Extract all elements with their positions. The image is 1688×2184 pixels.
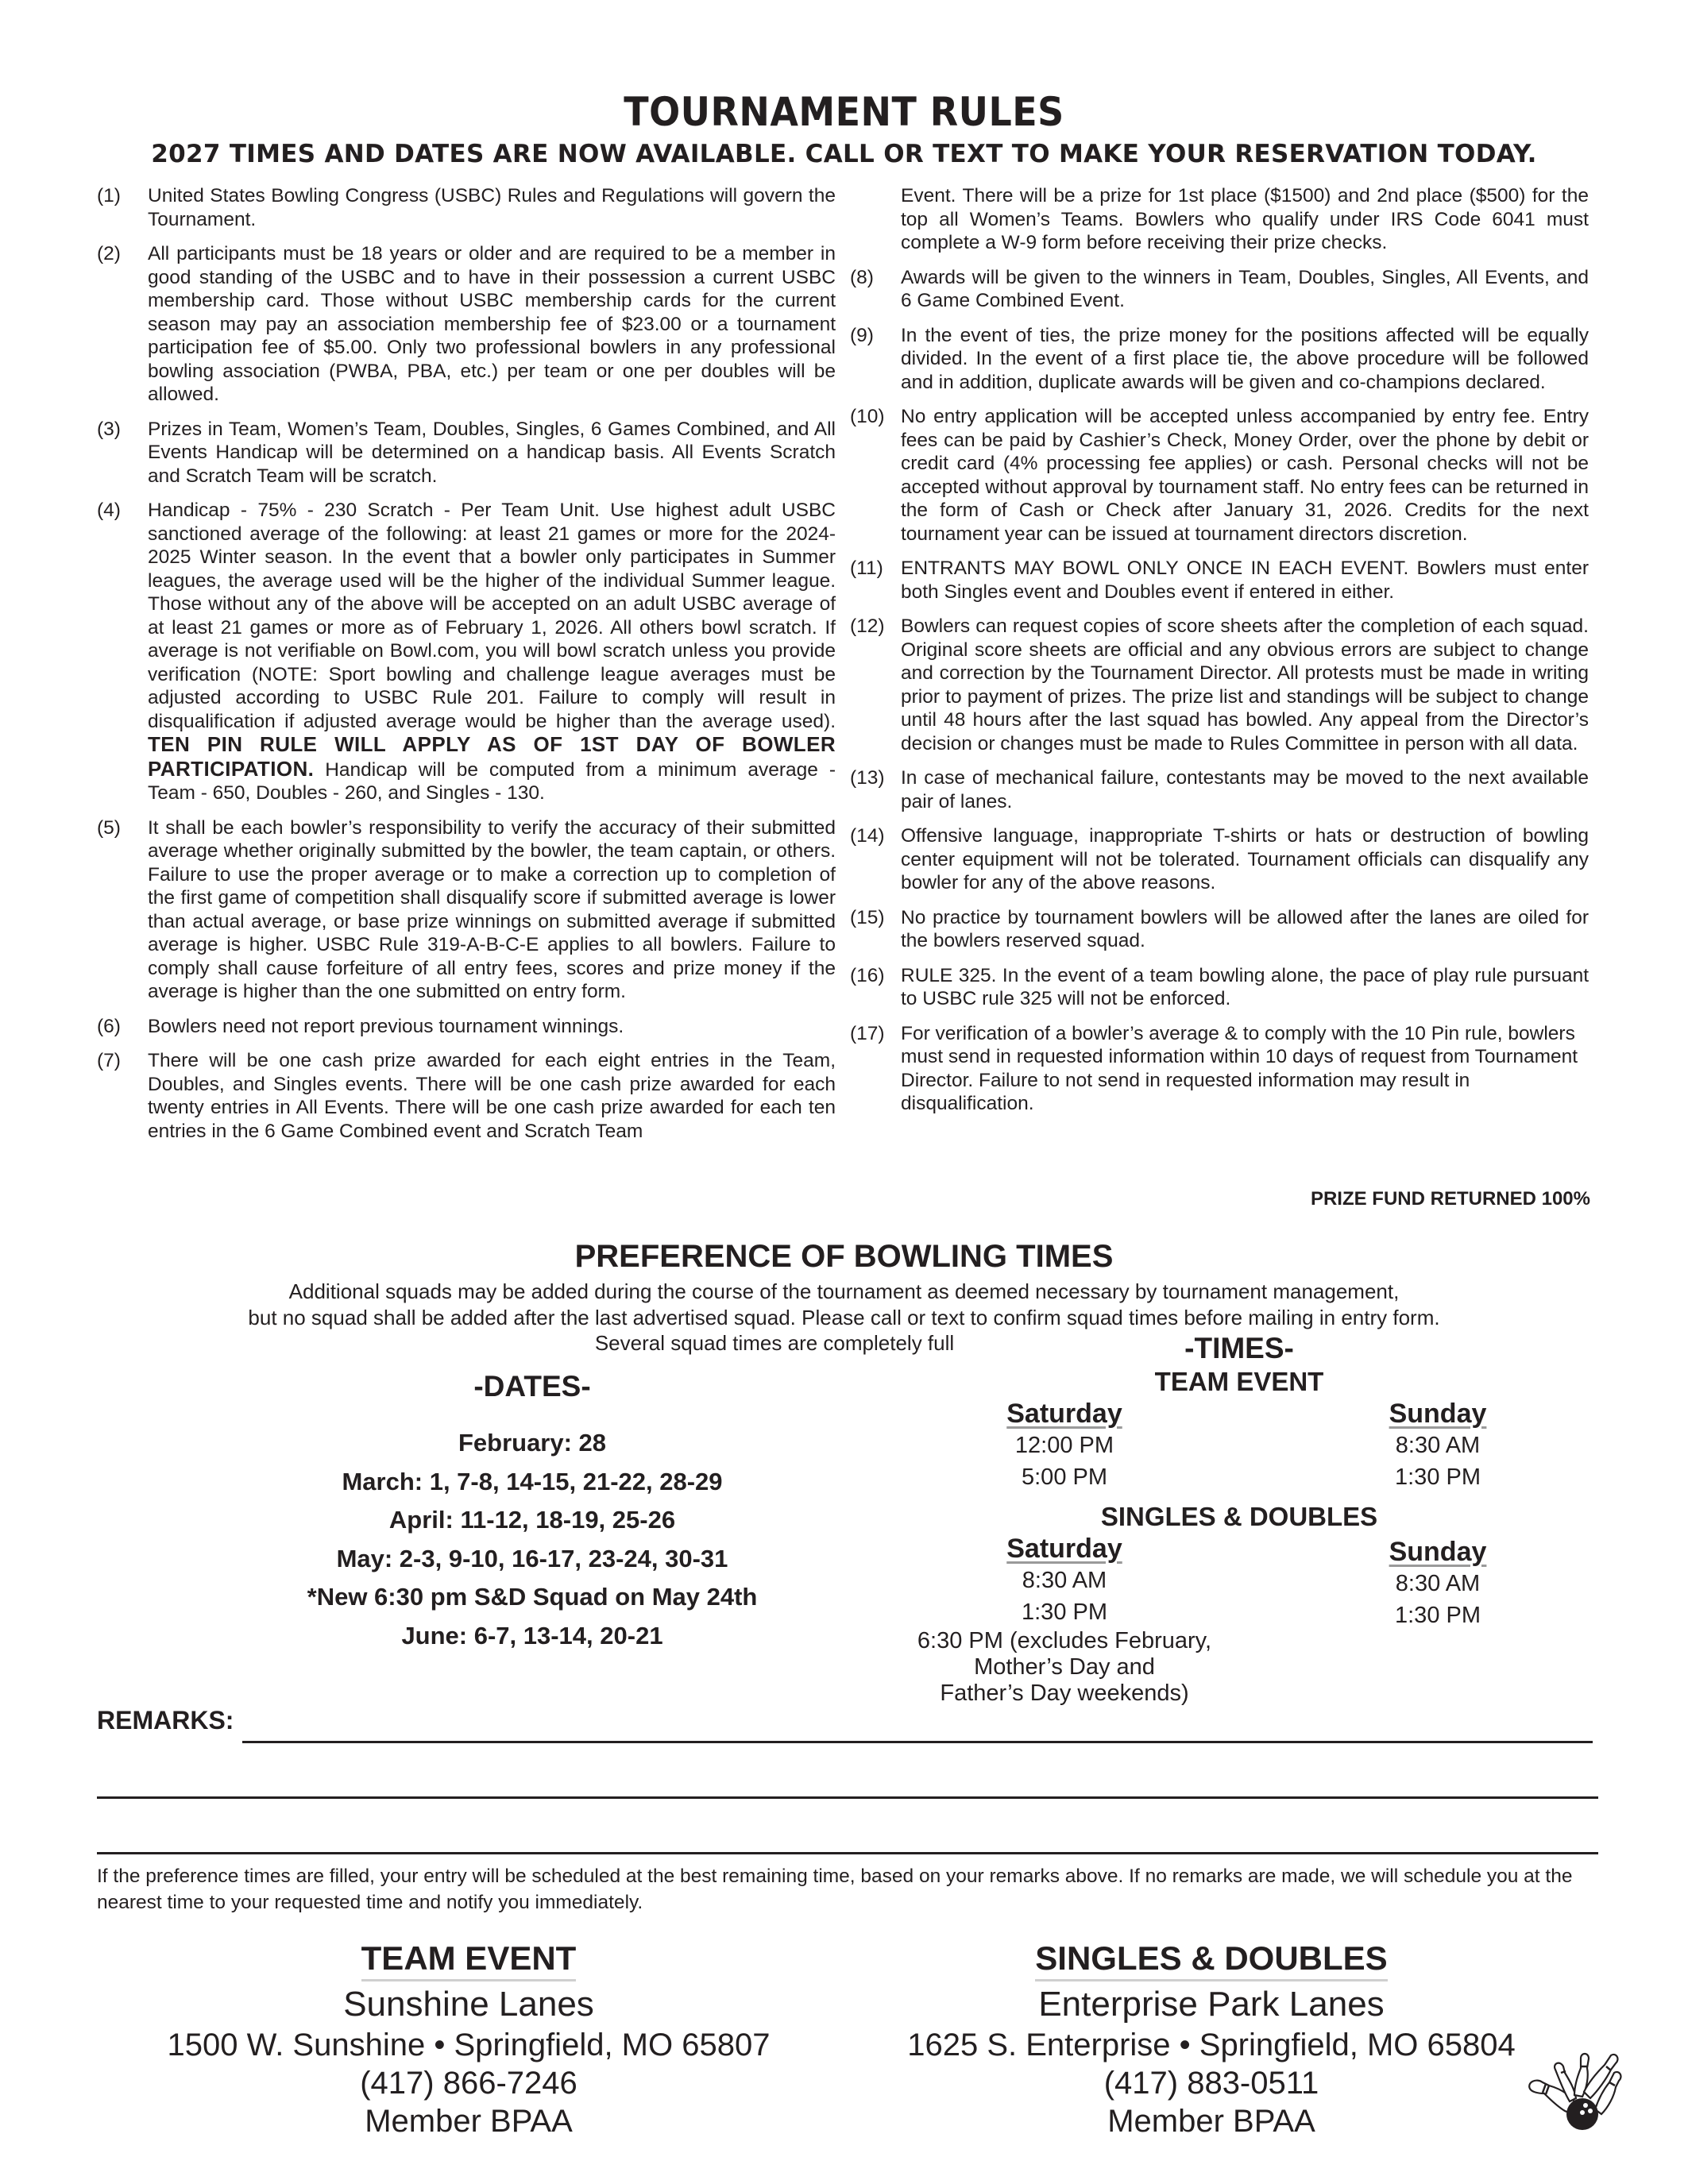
- rule-number: (9): [850, 324, 901, 395]
- rule-number: (15): [850, 906, 901, 953]
- singles-doubles-times: Saturday 8:30 AM 1:30 PM 6:30 PM (exclud…: [914, 1533, 1549, 1715]
- rule-item: (7) There will be one cash prize awarded…: [97, 1049, 836, 1143]
- date-row: May: 2-3, 9-10, 16-17, 23-24, 30-31: [183, 1540, 882, 1579]
- dates-heading: -DATES-: [183, 1370, 882, 1403]
- team-event-times: Saturday 12:00 PM 5:00 PM Sunday 8:30 AM…: [914, 1398, 1549, 1491]
- venue-address: 1500 W. Sunshine • Springfield, MO 65807: [119, 2026, 818, 2064]
- day-label: Sunday: [1358, 1536, 1517, 1568]
- time-slot: 12:00 PM: [945, 1430, 1184, 1461]
- sd-saturday: Saturday 8:30 AM 1:30 PM 6:30 PM (exclud…: [882, 1533, 1247, 1707]
- venue-team-event: TEAM EVENT Sunshine Lanes 1500 W. Sunshi…: [119, 1938, 818, 2140]
- rule-number: (11): [850, 557, 901, 604]
- rule-number: (14): [850, 824, 901, 895]
- venue-membership: Member BPAA: [850, 2102, 1573, 2140]
- day-label: Saturday: [945, 1398, 1184, 1430]
- rule-item: (9) In the event of ties, the prize mone…: [850, 324, 1589, 395]
- rule-item: (8) Awards will be given to the winners …: [850, 266, 1589, 313]
- rule-item: (16) RULE 325. In the event of a team bo…: [850, 964, 1589, 1011]
- team-saturday: Saturday 12:00 PM 5:00 PM: [945, 1398, 1184, 1493]
- rule-number: (5): [97, 816, 148, 1004]
- rules-column-right: Event. There will be a prize for 1st pla…: [850, 184, 1589, 1127]
- date-row: February: 28: [183, 1424, 882, 1463]
- preference-desc-line: Additional squads may be added during th…: [0, 1279, 1688, 1305]
- singles-doubles-heading: SINGLES & DOUBLES: [914, 1501, 1549, 1533]
- time-slot-note: Mother’s Day and: [882, 1654, 1247, 1680]
- day-label: Sunday: [1358, 1398, 1517, 1430]
- rule-text: All participants must be 18 years or old…: [148, 242, 836, 407]
- rule-number: (7): [97, 1049, 148, 1143]
- venue-name: Sunshine Lanes: [119, 1983, 818, 2026]
- rule-text: Bowlers need not report previous tournam…: [148, 1015, 836, 1039]
- time-slot-note: 6:30 PM (excludes February,: [882, 1628, 1247, 1654]
- preference-title: PREFERENCE OF BOWLING TIMES: [0, 1239, 1688, 1275]
- rule-item: (3) Prizes in Team, Women’s Team, Double…: [97, 418, 836, 488]
- time-slot: 8:30 AM: [882, 1565, 1247, 1596]
- date-row: April: 11-12, 18-19, 25-26: [183, 1501, 882, 1540]
- rule-continuation: Event. There will be a prize for 1st pla…: [850, 184, 1589, 255]
- rule-text: Prizes in Team, Women’s Team, Doubles, S…: [148, 418, 836, 488]
- rule-number: (6): [97, 1015, 148, 1039]
- rule-number: (17): [850, 1022, 901, 1116]
- venue-singles-doubles: SINGLES & DOUBLES Enterprise Park Lanes …: [850, 1938, 1573, 2140]
- remarks-input-line-1[interactable]: [242, 1741, 1593, 1743]
- rule-text: There will be one cash prize awarded for…: [148, 1049, 836, 1143]
- date-row: March: 1, 7-8, 14-15, 21-22, 28-29: [183, 1463, 882, 1502]
- venue-phone: (417) 883-0511: [850, 2064, 1573, 2102]
- time-slot-note: Father’s Day weekends): [882, 1680, 1247, 1707]
- rule-text: Awards will be given to the winners in T…: [901, 266, 1589, 313]
- rule-item: (13) In case of mechanical failure, cont…: [850, 766, 1589, 813]
- venue-name: Enterprise Park Lanes: [850, 1983, 1573, 2026]
- dates-section: -DATES- February: 28 March: 1, 7-8, 14-1…: [183, 1370, 882, 1655]
- rule-text: For verification of a bowler’s average &…: [901, 1022, 1589, 1116]
- rule-item: (12) Bowlers can request copies of score…: [850, 615, 1589, 755]
- venue-event-heading: TEAM EVENT: [361, 1938, 577, 1981]
- rule-item: (1) United States Bowling Congress (USBC…: [97, 184, 836, 231]
- rule-text: It shall be each bowler’s responsibility…: [148, 816, 836, 1004]
- rule-number: (1): [97, 184, 148, 231]
- day-label: Saturday: [882, 1533, 1247, 1565]
- rule-item: (11) ENTRANTS MAY BOWL ONLY ONCE IN EACH…: [850, 557, 1589, 604]
- rule-number: (4): [97, 499, 148, 805]
- date-row: June: 6-7, 13-14, 20-21: [183, 1617, 882, 1656]
- rule-text: Bowlers can request copies of score shee…: [901, 615, 1589, 755]
- rule-item: (17) For verification of a bowler’s aver…: [850, 1022, 1589, 1116]
- time-slot: 1:30 PM: [1358, 1599, 1517, 1631]
- rules-column-left: (1) United States Bowling Congress (USBC…: [97, 184, 836, 1154]
- venue-event-heading: SINGLES & DOUBLES: [1035, 1938, 1387, 1981]
- date-row: *New 6:30 pm S&D Squad on May 24th: [183, 1578, 882, 1617]
- rule-text: In the event of ties, the prize money fo…: [901, 324, 1589, 395]
- scheduling-note: If the preference times are filled, your…: [97, 1863, 1590, 1916]
- time-slot: 8:30 AM: [1358, 1568, 1517, 1599]
- times-section: -TIMES- TEAM EVENT Saturday 12:00 PM 5:0…: [914, 1331, 1549, 1715]
- remarks-label: REMARKS:: [97, 1706, 234, 1735]
- rule-text: RULE 325. In the event of a team bowling…: [901, 964, 1589, 1011]
- reservation-banner: 2027 TIMES AND DATES ARE NOW AVAILABLE. …: [0, 140, 1688, 168]
- rule-text: No practice by tournament bowlers will b…: [901, 906, 1589, 953]
- remarks-input-line-3[interactable]: [97, 1852, 1598, 1854]
- rule-number: (10): [850, 405, 901, 546]
- venue-phone: (417) 866-7246: [119, 2064, 818, 2102]
- sd-sunday: Sunday 8:30 AM 1:30 PM: [1358, 1536, 1517, 1631]
- preference-desc-line: but no squad shall be added after the la…: [0, 1305, 1688, 1331]
- team-event-heading: TEAM EVENT: [914, 1366, 1549, 1398]
- rule-item: (10) No entry application will be accept…: [850, 405, 1589, 546]
- rule-text: Handicap - 75% - 230 Scratch - Per Team …: [148, 499, 836, 805]
- preference-description: Additional squads may be added during th…: [0, 1279, 1688, 1331]
- rule-number: (16): [850, 964, 901, 1011]
- rule-text: United States Bowling Congress (USBC) Ru…: [148, 184, 836, 231]
- rule-text: No entry application will be accepted un…: [901, 405, 1589, 546]
- rule-number: (12): [850, 615, 901, 755]
- rule-number: (2): [97, 242, 148, 407]
- time-slot: 1:30 PM: [882, 1596, 1247, 1628]
- venue-address: 1625 S. Enterprise • Springfield, MO 658…: [850, 2026, 1573, 2064]
- team-sunday: Sunday 8:30 AM 1:30 PM: [1358, 1398, 1517, 1493]
- rule-item: (2) All participants must be 18 years or…: [97, 242, 836, 407]
- rule-text-part: Handicap - 75% - 230 Scratch - Per Team …: [148, 500, 836, 732]
- rule-text: ENTRANTS MAY BOWL ONLY ONCE IN EACH EVEN…: [901, 557, 1589, 604]
- bowling-pins-and-ball-icon: [1525, 2049, 1628, 2136]
- times-heading: -TIMES-: [914, 1331, 1549, 1366]
- rule-number: (13): [850, 766, 901, 813]
- rule-item: (4) Handicap - 75% - 230 Scratch - Per T…: [97, 499, 836, 805]
- time-slot: 1:30 PM: [1358, 1461, 1517, 1493]
- venue-membership: Member BPAA: [119, 2102, 818, 2140]
- rule-item: (15) No practice by tournament bowlers w…: [850, 906, 1589, 953]
- rule-number: (3): [97, 418, 148, 488]
- page-title: TOURNAMENT RULES: [68, 89, 1620, 135]
- time-slot: 8:30 AM: [1358, 1430, 1517, 1461]
- rule-item: (5) It shall be each bowler’s responsibi…: [97, 816, 836, 1004]
- time-slot: 5:00 PM: [945, 1461, 1184, 1493]
- rule-text: In case of mechanical failure, contestan…: [901, 766, 1589, 813]
- rule-item: (14) Offensive language, inappropriate T…: [850, 824, 1589, 895]
- remarks-input-line-2[interactable]: [97, 1796, 1598, 1799]
- rule-item: (6) Bowlers need not report previous tou…: [97, 1015, 836, 1039]
- prize-fund-note: PRIZE FUND RETURNED 100%: [1223, 1188, 1590, 1210]
- rule-text: Offensive language, inappropriate T-shir…: [901, 824, 1589, 895]
- rule-number: (8): [850, 266, 901, 313]
